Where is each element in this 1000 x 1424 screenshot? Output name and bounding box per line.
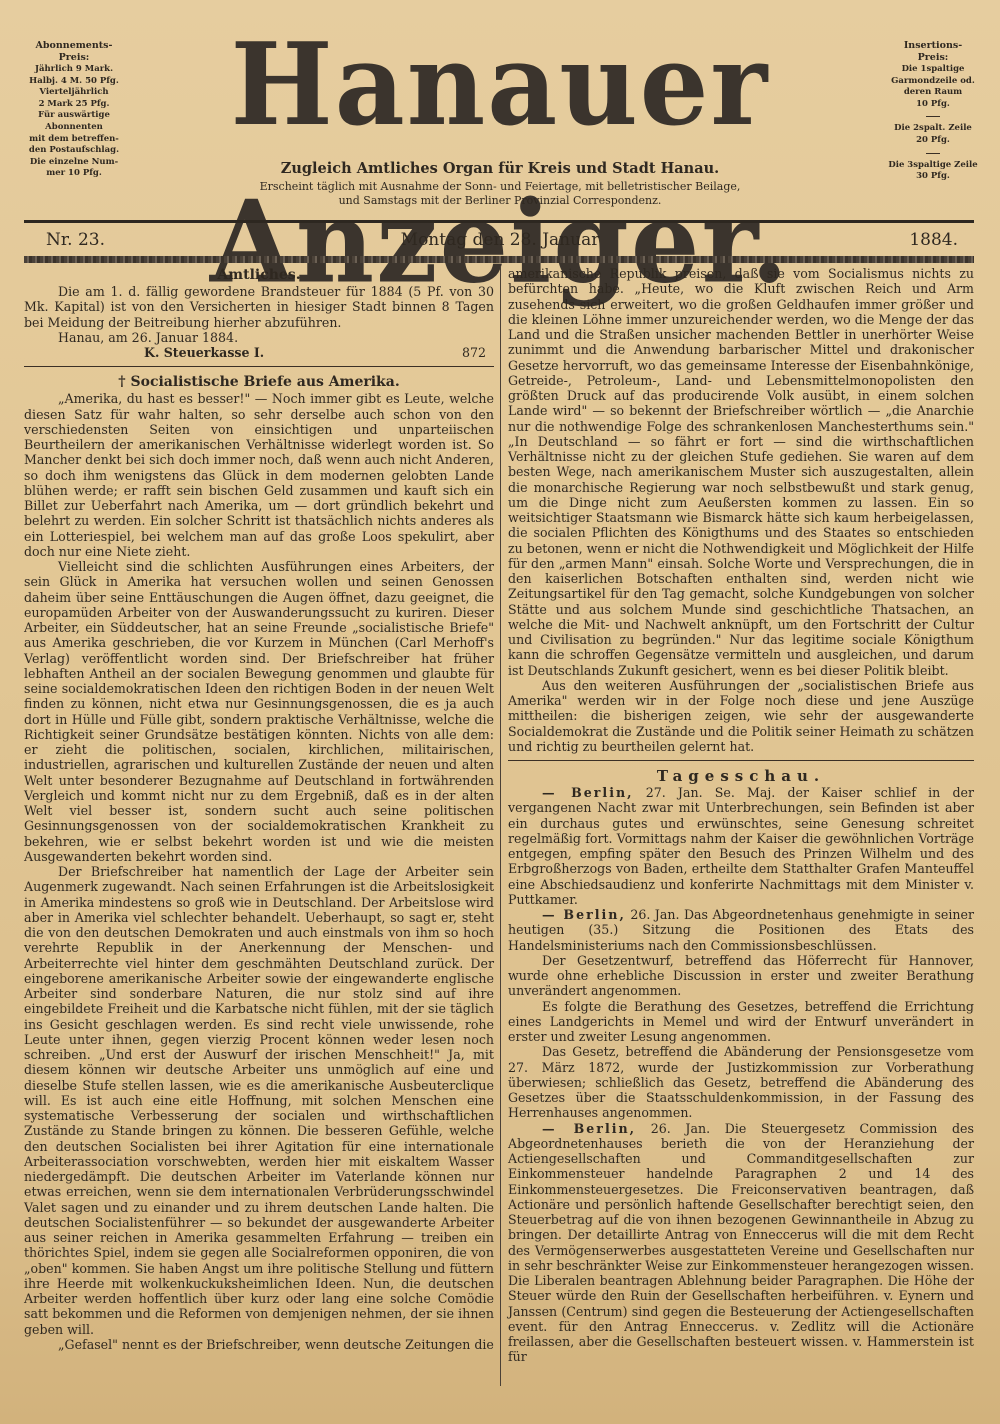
amtliches-body: Die am 1. d. fällig gewordene Brandsteue… [24,284,494,330]
news-location: — Berlin, [542,1121,636,1136]
news-location: — Berlin, [542,785,634,800]
news-date: 27. Jan. [646,785,703,800]
article-paragraph: „Amerika, du hast es besser!" — Noch imm… [24,391,494,559]
subscription-line: den Postaufschlag. [14,145,134,157]
issue-year: 1884. [909,228,958,252]
masthead-subline: Erscheint täglich mit Ausnahme der Sonn-… [200,180,800,208]
news-item: — Berlin, 27. Jan. Se. Maj. der Kaiser s… [508,785,974,907]
news-date: 26. Jan. [651,1121,710,1136]
insertion-line: 10 Pfg. [872,99,994,111]
subscription-line: 2 Mark 25 Pfg. [14,99,134,111]
insertion-title-2: Preis: [872,52,994,64]
insertion-price-box: Insertions- Preis: Die 1spaltige Garmond… [872,40,994,183]
amtliches-heading: Amtliches. [24,266,494,284]
subscription-title-2: Preis: [14,52,134,64]
news-paragraph: Das Gesetz, betreffend die Abänderung de… [508,1044,974,1120]
ad-code: 872 [462,345,494,360]
column-divider [500,266,501,1386]
insertion-line: Die 1spaltige [872,64,994,76]
subscription-line: Vierteljährlich [14,87,134,99]
news-item: — Berlin, 26. Jan. Die Steuergesetz Comm… [508,1121,974,1365]
subscription-line: Abonnenten [14,122,134,134]
newspaper-page: Abonnements- Preis: Jährlich 9 Mark. Hal… [0,0,1000,1424]
subscription-price-box: Abonnements- Preis: Jährlich 9 Mark. Hal… [14,40,134,180]
news-text: Se. Maj. der Kaiser schlief in der verga… [508,785,974,907]
article-paragraph: amerikanische Republik preisen, daß sie … [508,266,974,678]
amtliches-signature: K. Steuerkasse I. [144,345,264,360]
hatched-rule [24,256,974,263]
subline-1: Erscheint täglich mit Ausnahme der Sonn-… [200,180,800,194]
article-paragraph: Aus den weiteren Ausführungen der „socia… [508,678,974,754]
right-column: amerikanische Republik preisen, daß sie … [508,266,974,1365]
news-date: 26. Jan. [630,907,679,922]
newspaper-title: Hanauer Anzeiger. [140,6,860,164]
insertion-line: Die 2spalt. Zeile [872,123,994,135]
masthead-subtitle: Zugleich Amtliches Organ für Kreis und S… [240,160,760,178]
insertion-line: 20 Pfg. [872,135,994,147]
news-text: Die Steuergesetz Commission des Abgeordn… [508,1121,974,1365]
insertion-line: deren Raum [872,87,994,99]
masthead-rule [24,220,974,223]
article-paragraph: Vielleicht sind die schlichten Ausführun… [24,559,494,864]
subscription-line: Halbj. 4 M. 50 Pfg. [14,76,134,88]
insertion-line: 30 Pfg. [872,171,994,183]
separator [926,116,940,117]
insertion-line: Garmondzeile od. [872,76,994,88]
section-divider [24,366,494,367]
section-divider [508,760,974,761]
dateline: Nr. 23. Montag den 28. Januar 1884. [28,228,972,252]
article-heading: † Socialistische Briefe aus Amerika. [24,373,494,391]
subscription-line: Für auswärtige [14,110,134,122]
subscription-line: mer 10 Pfg. [14,168,134,180]
news-item: — Berlin, 26. Jan. Das Abgeordnetenhaus … [508,907,974,953]
amtliches-place-date: Hanau, am 26. Januar 1884. [24,330,494,345]
news-paragraph: Es folgte die Berathung des Gesetzes, be… [508,999,974,1045]
news-location: — Berlin, [542,907,626,922]
subscription-title-1: Abonnements- [14,40,134,52]
article-paragraph: Der Briefschreiber hat namentlich der La… [24,864,494,1337]
amtliches-signature-row: K. Steuerkasse I. 872 [24,345,494,360]
issue-date: Montag den 28. Januar [28,228,972,252]
article-paragraph: „Gefasel" nennt es der Briefschreiber, w… [24,1337,494,1352]
subscription-line: Die einzelne Num- [14,157,134,169]
subline-2: und Samstags mit der Berliner Provinzial… [200,194,800,208]
news-paragraph: Der Gesetzentwurf, betreffend das Höferr… [508,953,974,999]
subscription-line: Jährlich 9 Mark. [14,64,134,76]
separator [926,153,940,154]
tagesschau-heading: Tagesschau. [508,767,974,785]
insertion-title-1: Insertions- [872,40,994,52]
insertion-line: Die 3spaltige Zeile [872,160,994,172]
subscription-line: mit dem betreffen- [14,134,134,146]
left-column: Amtliches. Die am 1. d. fällig gewordene… [24,266,494,1352]
